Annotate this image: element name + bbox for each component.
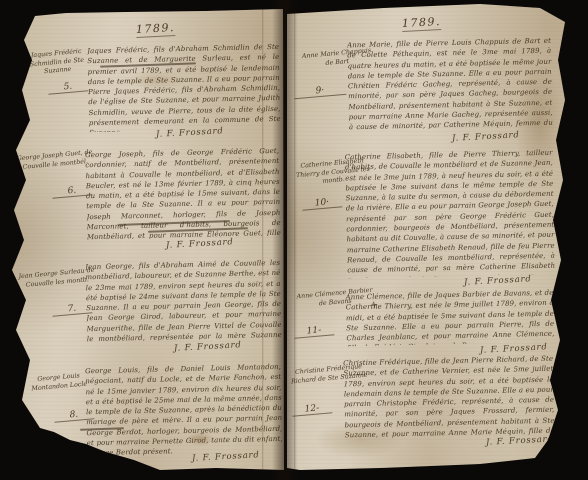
year-heading: 1789. <box>136 21 176 38</box>
year-heading: 1789. <box>402 15 442 32</box>
entry-body-text: George Louis, fils de Daniel Louis Monta… <box>85 362 283 458</box>
entry-body-text: Catherine Elisabeth, fille de Pierre Thi… <box>345 148 556 279</box>
entry-body-text: Christine Frédérique, fille de Jean Pier… <box>343 354 555 441</box>
right-page: 1789. Anne Marie Chappuis de Bart 9· Ann… <box>284 2 576 472</box>
entry-body-text: Anne Marie, fille de Pierre Louis Chappu… <box>347 36 553 135</box>
entry-body-text: Anne Clémence, fille de Jaques Barbier d… <box>345 288 554 347</box>
entry-body-text: Jean George, fils d'Abraham Aimé de Couv… <box>85 258 282 342</box>
left-page: 1789. Jaques Frédéric Schmidlin de Ste S… <box>6 8 286 474</box>
entry-body-text: Jaques Frédéric, fils d'Abraham Schmidli… <box>87 42 281 132</box>
entry-body-text: George Joseph, fils de George Frédéric G… <box>85 146 281 240</box>
scanned-register-spread: 1789. Jaques Frédéric Schmidlin de Ste S… <box>0 0 588 480</box>
